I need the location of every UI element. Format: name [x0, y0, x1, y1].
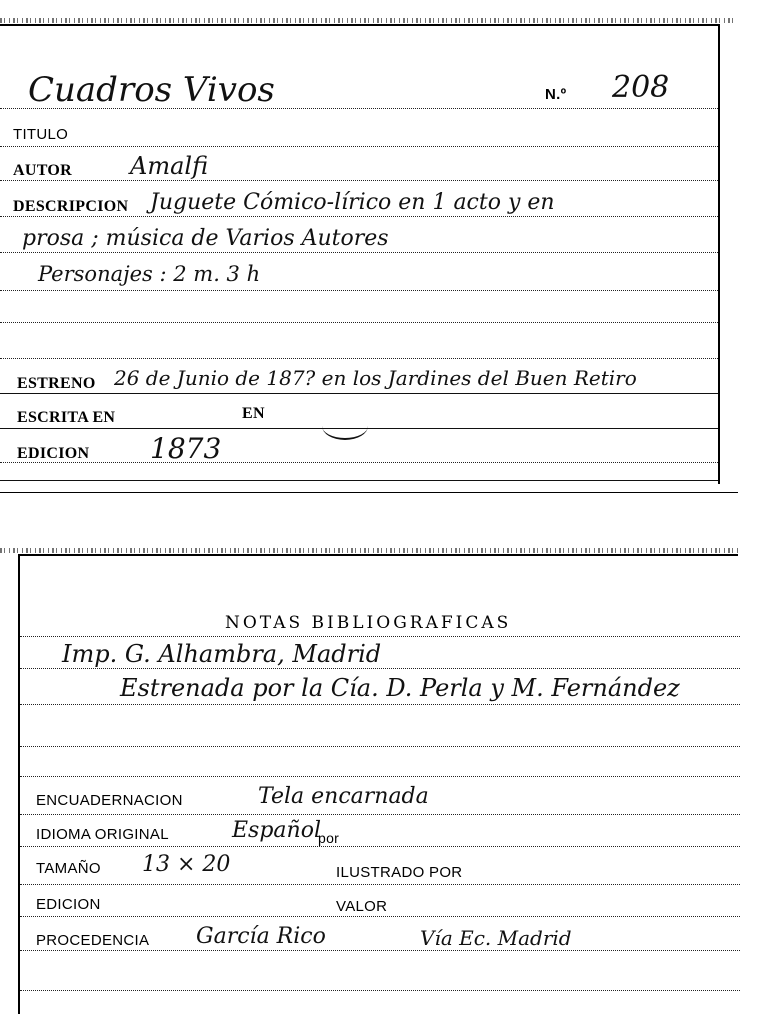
estreno-label: ESTRENO [17, 375, 96, 393]
autor-label: AUTOR [13, 162, 72, 180]
notes-line-1: Imp. G. Alhambra, Madrid [62, 640, 381, 668]
en-label: EN [242, 405, 265, 423]
rule [20, 846, 740, 847]
rule [20, 746, 740, 747]
edicion-label: EDICION [17, 445, 89, 463]
idioma-original-value: Español [232, 818, 321, 843]
rule [20, 776, 740, 777]
idioma-original-label: IDIOMA ORIGINAL [36, 826, 169, 843]
rule [0, 180, 718, 181]
encuadernacion-value: Tela encarnada [258, 784, 429, 809]
rule [20, 636, 740, 637]
card-top-edge [0, 24, 720, 26]
edicion-value: 1873 [150, 432, 221, 465]
valor-label: VALOR [336, 898, 387, 915]
descripcion-line-3: Personajes : 2 m. 3 h [38, 262, 260, 286]
autor-value: Amalfi [130, 152, 208, 180]
card-top-edge [18, 554, 738, 556]
rule [0, 252, 718, 253]
rule [0, 393, 718, 394]
card-number: 208 [612, 70, 669, 105]
titulo-label: TITULO [13, 126, 68, 143]
estreno-value: 26 de Junio de 187? en los Jardines del … [114, 366, 637, 390]
notas-heading: NOTAS BIBLIOGRAFICAS [225, 613, 511, 633]
rule [20, 668, 740, 669]
title-handwritten: Cuadros Vivos [28, 70, 275, 110]
encuadernacion-label: ENCUADERNACION [36, 792, 183, 809]
descripcion-line-2: prosa ; música de Varios Autores [22, 226, 389, 251]
descripcion-label: DESCRIPCION [13, 198, 128, 216]
number-label: N.º [545, 86, 566, 103]
card-left-edge [18, 554, 20, 1014]
rule [20, 916, 740, 917]
catalog-card-front: Cuadros Vivos N.º 208 TITULO AUTOR Amalf… [0, 0, 759, 500]
notes-line-2: Estrenada por la Cía. D. Perla y M. Fern… [120, 674, 680, 702]
card-right-edge [718, 24, 720, 484]
rule [20, 814, 740, 815]
scan-noise-top [0, 18, 735, 23]
rule [0, 290, 718, 291]
escrita-en-label: ESCRITA EN [17, 409, 115, 427]
rule [0, 108, 718, 109]
descripcion-line-1: Juguete Cómico-lírico en 1 acto y en [150, 190, 555, 215]
rule [0, 146, 718, 147]
rule [20, 704, 740, 705]
scan-noise-top [0, 548, 740, 553]
ink-stamp-mark [322, 412, 368, 440]
rule [0, 322, 718, 323]
idioma-por-label: por [318, 830, 339, 846]
rule [0, 358, 718, 359]
rule [20, 884, 740, 885]
rule [0, 428, 718, 429]
procedencia-label: PROCEDENCIA [36, 932, 149, 949]
rule [0, 462, 718, 463]
rule [20, 990, 740, 991]
ilustrado-por-label: ILUSTRADO POR [336, 864, 462, 881]
rule [0, 480, 718, 481]
procedencia-extra: Vía Ec. Madrid [420, 926, 572, 950]
rule [0, 216, 718, 217]
card-bottom-edge [0, 492, 738, 493]
tamano-label: TAMAÑO [36, 860, 101, 877]
tamano-value: 13 × 20 [142, 852, 230, 877]
rule [20, 950, 740, 951]
edicion-back-label: EDICION [36, 896, 101, 913]
catalog-card-back: NOTAS BIBLIOGRAFICAS Imp. G. Alhambra, M… [0, 540, 759, 1028]
procedencia-value: García Rico [196, 924, 326, 949]
